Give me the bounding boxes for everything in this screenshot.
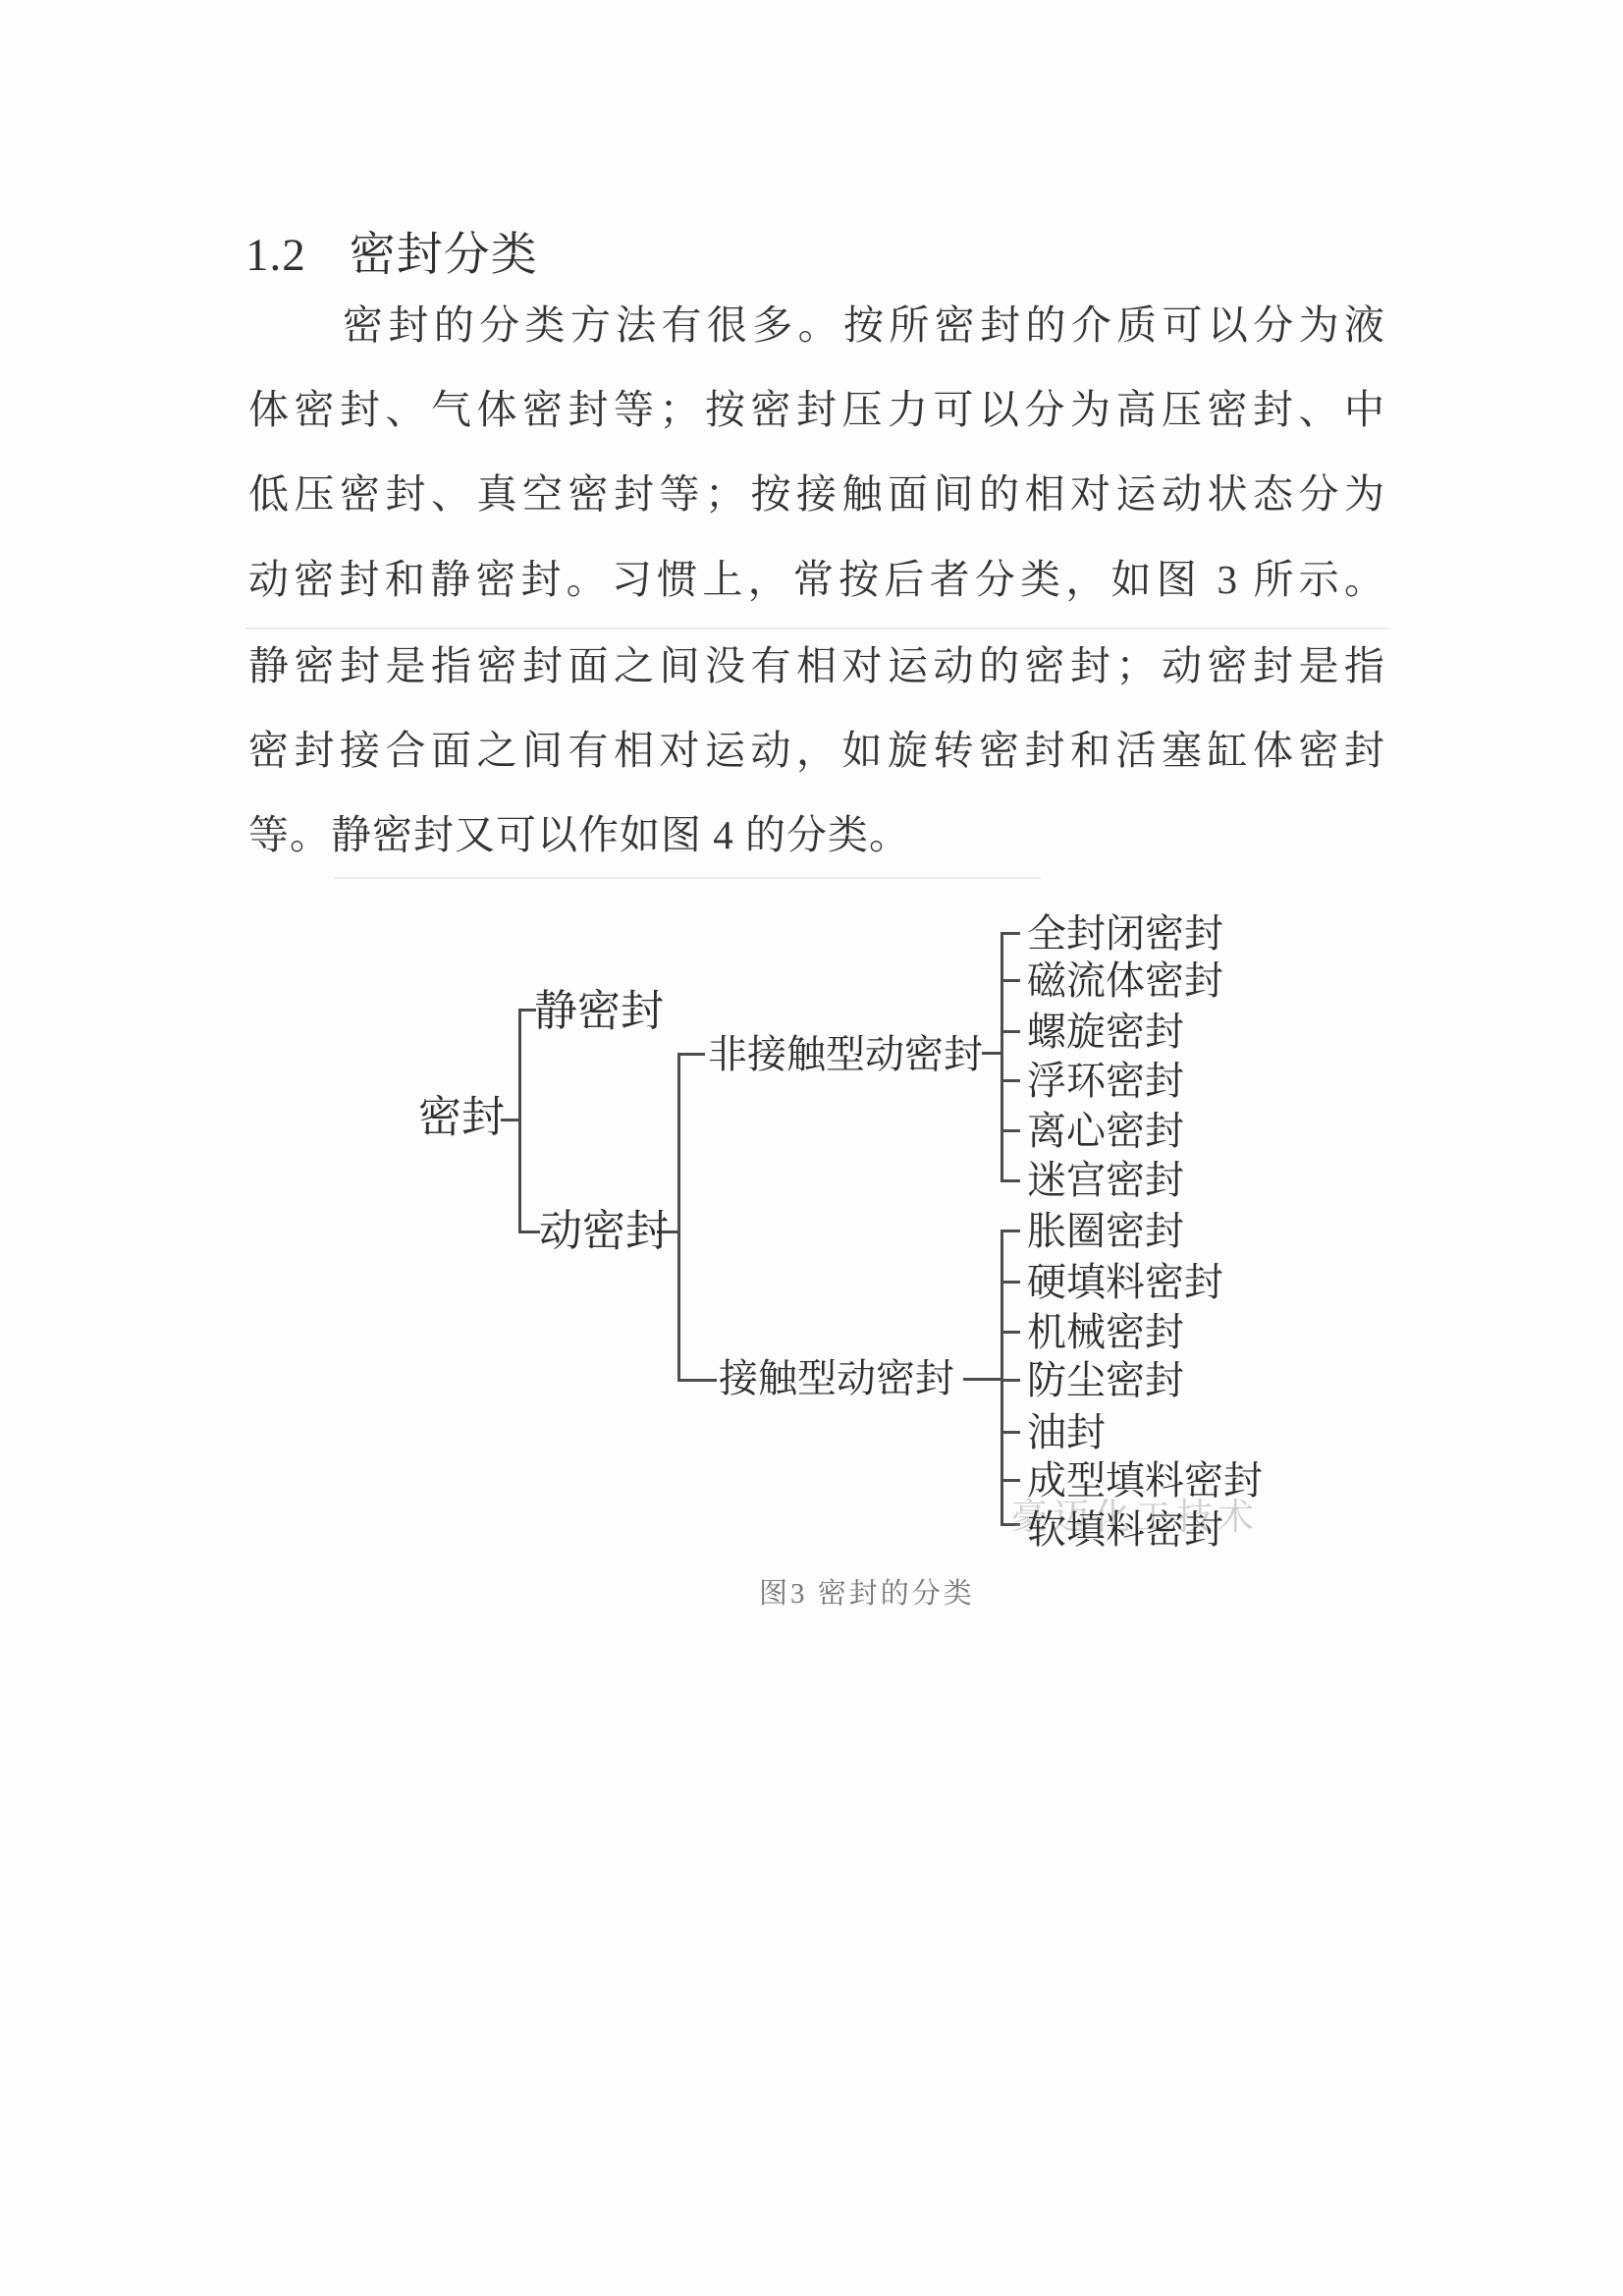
tree-connector — [1001, 1331, 1020, 1334]
paragraph-line: 体密封、气体密封等；按密封压力可以分为高压密封、中 — [248, 388, 1385, 431]
paragraph-line: 等。静密封又可以作如图 4 的分类。 — [248, 813, 1385, 856]
tree-node-contact: 接触型动密封 — [719, 1358, 954, 1399]
tree-connector — [1001, 1479, 1020, 1482]
paragraph-line: 密封接合面之间有相对运动，如旋转密封和活塞缸体密封 — [248, 729, 1385, 772]
tree-leaf: 软填料密封 — [1027, 1509, 1223, 1551]
tree-connector — [1001, 1281, 1020, 1284]
tree-connector — [1001, 932, 1020, 935]
scan-artifact-line — [334, 877, 1041, 879]
tree-leaf: 全封闭密封 — [1027, 913, 1223, 955]
tree-leaf: 胀圈密封 — [1027, 1211, 1184, 1252]
tree-node-dynamic-seal: 动密封 — [539, 1210, 669, 1253]
scan-artifact-line — [245, 628, 1389, 629]
tree-leaf: 硬填料密封 — [1027, 1262, 1223, 1303]
paragraph-line: 低压密封、真空密封等；按接触面间的相对运动状态分为 — [248, 472, 1385, 516]
tree-connector — [1001, 979, 1020, 982]
tree-leaf: 成型填料密封 — [1027, 1460, 1263, 1502]
tree-connector — [1001, 1431, 1020, 1434]
tree-leaf: 浮环密封 — [1027, 1061, 1184, 1102]
tree-node-root: 密封 — [418, 1096, 505, 1139]
paragraph-line: 动密封和静密封。习惯上，常按后者分类，如图 3 所示。 — [248, 558, 1385, 601]
tree-connector — [1001, 1230, 1020, 1232]
tree-leaf: 磁流体密封 — [1027, 960, 1223, 1002]
tree-leaf: 防尘密封 — [1027, 1360, 1184, 1401]
tree-leaf: 机械密封 — [1027, 1312, 1184, 1353]
tree-node-static-seal: 静密封 — [534, 990, 664, 1033]
tree-connector — [677, 1053, 680, 1382]
paragraph-line: 静密封是指密封面之间没有相对运动的密封；动密封是指 — [248, 644, 1385, 687]
tree-connector — [1001, 1030, 1020, 1033]
section-number: 1.2 — [245, 230, 306, 281]
tree-connector — [1001, 1079, 1020, 1082]
tree-connector — [1001, 932, 1003, 1182]
section-heading: 1.2密封分类 — [245, 218, 538, 284]
tree-connector — [982, 1052, 1002, 1055]
tree-connector — [1001, 1179, 1020, 1182]
tree-connector — [1001, 1129, 1020, 1132]
tree-leaf: 离心密封 — [1027, 1111, 1184, 1152]
paragraph-line: 密封的分类方法有很多。按所密封的介质可以分为液 — [248, 303, 1385, 347]
tree-connector — [518, 1009, 521, 1233]
tree-node-non-contact: 非接触型动密封 — [708, 1034, 983, 1075]
tree-connector — [1001, 1379, 1020, 1382]
tree-connector — [518, 1230, 540, 1233]
section-title: 密封分类 — [350, 230, 538, 281]
tree-connector — [963, 1378, 1002, 1381]
figure-caption: 图3 密封的分类 — [759, 1571, 975, 1612]
tree-leaf: 螺旋密封 — [1027, 1011, 1184, 1053]
tree-leaf: 迷宫密封 — [1027, 1160, 1184, 1201]
tree-connector — [677, 1379, 717, 1382]
tree-connector — [677, 1053, 705, 1056]
scanned-document-page: 1.2密封分类 密封的分类方法有很多。按所密封的介质可以分为液 体密封、气体密封… — [0, 0, 1623, 2296]
tree-leaf: 油封 — [1027, 1412, 1106, 1453]
